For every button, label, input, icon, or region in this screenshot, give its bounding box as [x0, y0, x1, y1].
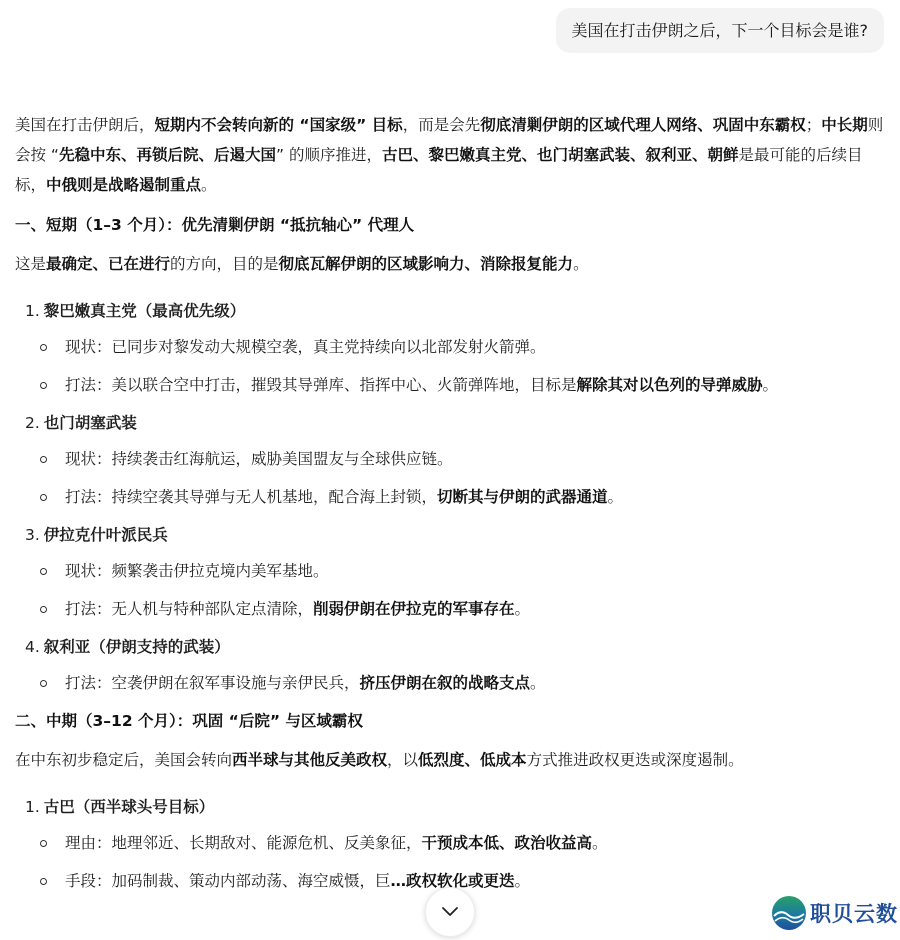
- bold-text: 低烈度、低成本: [418, 751, 527, 769]
- bold-text: 解除其对以色列的导弹威胁: [577, 376, 763, 394]
- target-detail-list: 现状：已同步对黎发动大规模空袭，真主党持续向以北部发射火箭弹。打法：美以联合空中…: [15, 332, 890, 400]
- target-title: 1.黎巴嫩真主党（最高优先级）: [15, 296, 890, 326]
- target-list-item: 1.黎巴嫩真主党（最高优先级）现状：已同步对黎发动大规模空袭，真主党持续向以北部…: [15, 296, 890, 400]
- bold-text: 切断其与伊朗的武器通道: [437, 488, 608, 506]
- text: 。: [592, 834, 608, 852]
- watermark-text: 职贝云数: [810, 898, 898, 928]
- hollow-bullet-icon: [40, 568, 47, 575]
- text: 现状：持续袭击红海航运，威胁美国盟友与全球供应链。: [65, 450, 453, 468]
- text: 在中东初步稳定后，美国会转向: [15, 751, 232, 769]
- list-number: 1.: [25, 302, 40, 320]
- detail-text: 打法：空袭伊朗在叙军事设施与亲伊民兵，挤压伊朗在叙的战略支点。: [65, 674, 546, 692]
- bold-text: 短期内不会转向新的 “国家级” 目标: [155, 116, 403, 134]
- detail-bullet-item: 现状：已同步对黎发动大规模空袭，真主党持续向以北部发射火箭弹。: [15, 332, 890, 362]
- watermark-logo-icon: [771, 895, 807, 931]
- hollow-bullet-icon: [40, 680, 47, 687]
- target-title: 2.也门胡塞武装: [15, 408, 890, 438]
- list-number: 2.: [25, 414, 40, 432]
- target-list-item: 4.叙利亚（伊朗支持的武装）打法：空袭伊朗在叙军事设施与亲伊民兵，挤压伊朗在叙的…: [15, 632, 890, 698]
- detail-text: 打法：无人机与特种部队定点清除，削弱伊朗在伊拉克的军事存在。: [65, 600, 530, 618]
- short-term-target-list: 1.黎巴嫩真主党（最高优先级）现状：已同步对黎发动大规模空袭，真主党持续向以北部…: [15, 296, 890, 698]
- hollow-bullet-icon: [40, 494, 47, 501]
- detail-text: 打法：美以联合空中打击，摧毁其导弹库、指挥中心、火箭弹阵地，目标是解除其对以色列…: [65, 376, 778, 394]
- bold-text: 西半球与其他反美政权: [232, 751, 387, 769]
- detail-bullet-item: 理由：地理邻近、长期敌对、能源危机、反美象征，干预成本低、政治收益高。: [15, 828, 890, 858]
- hollow-bullet-icon: [40, 606, 47, 613]
- target-title-text: 也门胡塞武装: [44, 414, 137, 432]
- detail-text: 手段：加码制裁、策动内部动荡、海空威慑，巨…政权软化或更迭。: [65, 872, 530, 890]
- text: ，而是会先: [403, 116, 481, 134]
- text: 。: [515, 872, 531, 890]
- text: 。: [763, 376, 779, 394]
- text: 美国在打击伊朗后，: [15, 116, 155, 134]
- target-title: 3.伊拉克什叶派民兵: [15, 520, 890, 550]
- target-title-text: 叙利亚（伊朗支持的武装）: [44, 638, 230, 656]
- bold-text: 挤压伊朗在叙的战略支点: [360, 674, 531, 692]
- text: ” 的顺序推进，: [276, 146, 382, 164]
- target-detail-list: 打法：空袭伊朗在叙军事设施与亲伊民兵，挤压伊朗在叙的战略支点。: [15, 668, 890, 698]
- text: 打法：美以联合空中打击，摧毁其导弹库、指挥中心、火箭弹阵地，目标是: [65, 376, 577, 394]
- watermark: 职贝云数: [771, 895, 898, 931]
- bold-text: 彻底清剿伊朗的区域代理人网络、巩固中东霸权: [480, 116, 806, 134]
- target-list-item: 3.伊拉克什叶派民兵现状：频繁袭击伊拉克境内美军基地。打法：无人机与特种部队定点…: [15, 520, 890, 624]
- text: 。: [608, 488, 624, 506]
- bold-text: 彻底瓦解伊朗的区域影响力、消除报复能力: [279, 255, 574, 273]
- detail-bullet-item: 打法：空袭伊朗在叙军事设施与亲伊民兵，挤压伊朗在叙的战略支点。: [15, 668, 890, 698]
- target-detail-list: 现状：持续袭击红海航运，威胁美国盟友与全球供应链。打法：持续空袭其导弹与无人机基…: [15, 444, 890, 512]
- detail-text: 现状：频繁袭击伊拉克境内美军基地。: [65, 562, 329, 580]
- text: 。: [530, 674, 546, 692]
- text: ，以: [387, 751, 418, 769]
- target-title-text: 古巴（西半球头号目标）: [44, 798, 215, 816]
- text: 打法：无人机与特种部队定点清除，: [65, 600, 313, 618]
- bold-text: 古巴、黎巴嫩真主党、也门胡塞武装、叙利亚、朝鲜: [382, 146, 739, 164]
- text: 现状：已同步对黎发动大规模空袭，真主党持续向以北部发射火箭弹。: [65, 338, 546, 356]
- scroll-to-bottom-button[interactable]: [425, 887, 475, 937]
- text: 现状：频繁袭击伊拉克境内美军基地。: [65, 562, 329, 580]
- text: 的方向，目的是: [170, 255, 279, 273]
- detail-text: 现状：已同步对黎发动大规模空袭，真主党持续向以北部发射火箭弹。: [65, 338, 546, 356]
- bold-text: 削弱伊朗在伊拉克的军事存在: [313, 600, 515, 618]
- hollow-bullet-icon: [40, 382, 47, 389]
- text: 。: [515, 600, 531, 618]
- target-list-item: 2.也门胡塞武装现状：持续袭击红海航运，威胁美国盟友与全球供应链。打法：持续空袭…: [15, 408, 890, 512]
- text: ；: [806, 116, 822, 134]
- hollow-bullet-icon: [40, 456, 47, 463]
- list-number: 1.: [25, 798, 40, 816]
- text: 。: [201, 176, 217, 194]
- target-title-text: 伊拉克什叶派民兵: [44, 526, 168, 544]
- text: 理由：地理邻近、长期敌对、能源危机、反美象征，: [65, 834, 422, 852]
- answer-intro: 美国在打击伊朗后，短期内不会转向新的 “国家级” 目标，而是会先彻底清剿伊朗的区…: [15, 110, 890, 200]
- detail-text: 现状：持续袭击红海航运，威胁美国盟友与全球供应链。: [65, 450, 453, 468]
- detail-text: 打法：持续空袭其导弹与无人机基地，配合海上封锁，切断其与伊朗的武器通道。: [65, 488, 623, 506]
- section-heading-mid-term: 二、中期（3–12 个月）：巩固 “后院” 与区域霸权: [15, 706, 890, 736]
- mid-term-target-list: 1.古巴（西半球头号目标）理由：地理邻近、长期敌对、能源危机、反美象征，干预成本…: [15, 792, 890, 896]
- text: 这是: [15, 255, 46, 273]
- hollow-bullet-icon: [40, 878, 47, 885]
- detail-bullet-item: 打法：无人机与特种部队定点清除，削弱伊朗在伊拉克的军事存在。: [15, 594, 890, 624]
- text: 。: [573, 255, 589, 273]
- bold-text: 最确定、已在进行: [46, 255, 170, 273]
- detail-bullet-item: 现状：频繁袭击伊拉克境内美军基地。: [15, 556, 890, 586]
- bold-text: 中俄则是战略遏制重点: [46, 176, 201, 194]
- detail-bullet-item: 现状：持续袭击红海航运，威胁美国盟友与全球供应链。: [15, 444, 890, 474]
- section-lead-short-term: 这是最确定、已在进行的方向，目的是彻底瓦解伊朗的区域影响力、消除报复能力。: [15, 249, 890, 279]
- text: 打法：空袭伊朗在叙军事设施与亲伊民兵，: [65, 674, 360, 692]
- list-number: 4.: [25, 638, 40, 656]
- chat-page: 美国在打击伊朗之后，下一个目标会是谁? 美国在打击伊朗后，短期内不会转向新的 “…: [0, 0, 900, 940]
- text: 方式推进政权更迭或深度遏制。: [527, 751, 744, 769]
- detail-bullet-item: 打法：美以联合空中打击，摧毁其导弹库、指挥中心、火箭弹阵地，目标是解除其对以色列…: [15, 370, 890, 400]
- target-title: 4.叙利亚（伊朗支持的武装）: [15, 632, 890, 662]
- target-list-item: 1.古巴（西半球头号目标）理由：地理邻近、长期敌对、能源危机、反美象征，干预成本…: [15, 792, 890, 896]
- bold-text: 干预成本低、政治收益高: [422, 834, 593, 852]
- hollow-bullet-icon: [40, 344, 47, 351]
- target-title-text: 黎巴嫩真主党（最高优先级）: [44, 302, 246, 320]
- user-message-bubble: 美国在打击伊朗之后，下一个目标会是谁?: [556, 8, 885, 53]
- detail-text: 理由：地理邻近、长期敌对、能源危机、反美象征，干预成本低、政治收益高。: [65, 834, 608, 852]
- user-message-row: 美国在打击伊朗之后，下一个目标会是谁?: [556, 8, 885, 53]
- text: 手段：加码制裁、策动内部动荡、海空威慑，巨: [65, 872, 391, 890]
- target-title: 1.古巴（西半球头号目标）: [15, 792, 890, 822]
- target-detail-list: 现状：频繁袭击伊拉克境内美军基地。打法：无人机与特种部队定点清除，削弱伊朗在伊拉…: [15, 556, 890, 624]
- assistant-answer: 美国在打击伊朗后，短期内不会转向新的 “国家级” 目标，而是会先彻底清剿伊朗的区…: [15, 110, 890, 904]
- list-number: 3.: [25, 526, 40, 544]
- chevron-down-icon: [441, 906, 459, 918]
- bold-text: 中长期: [821, 116, 868, 134]
- section-lead-mid-term: 在中东初步稳定后，美国会转向西半球与其他反美政权，以低烈度、低成本方式推进政权更…: [15, 745, 890, 775]
- hollow-bullet-icon: [40, 840, 47, 847]
- bold-text: 先稳中东、再锁后院、后遏大国: [59, 146, 276, 164]
- target-detail-list: 理由：地理邻近、长期敌对、能源危机、反美象征，干预成本低、政治收益高。手段：加码…: [15, 828, 890, 896]
- section-heading-short-term: 一、短期（1–3 个月）：优先清剿伊朗 “抵抗轴心” 代理人: [15, 210, 890, 240]
- text: 打法：持续空袭其导弹与无人机基地，配合海上封锁，: [65, 488, 437, 506]
- detail-bullet-item: 打法：持续空袭其导弹与无人机基地，配合海上封锁，切断其与伊朗的武器通道。: [15, 482, 890, 512]
